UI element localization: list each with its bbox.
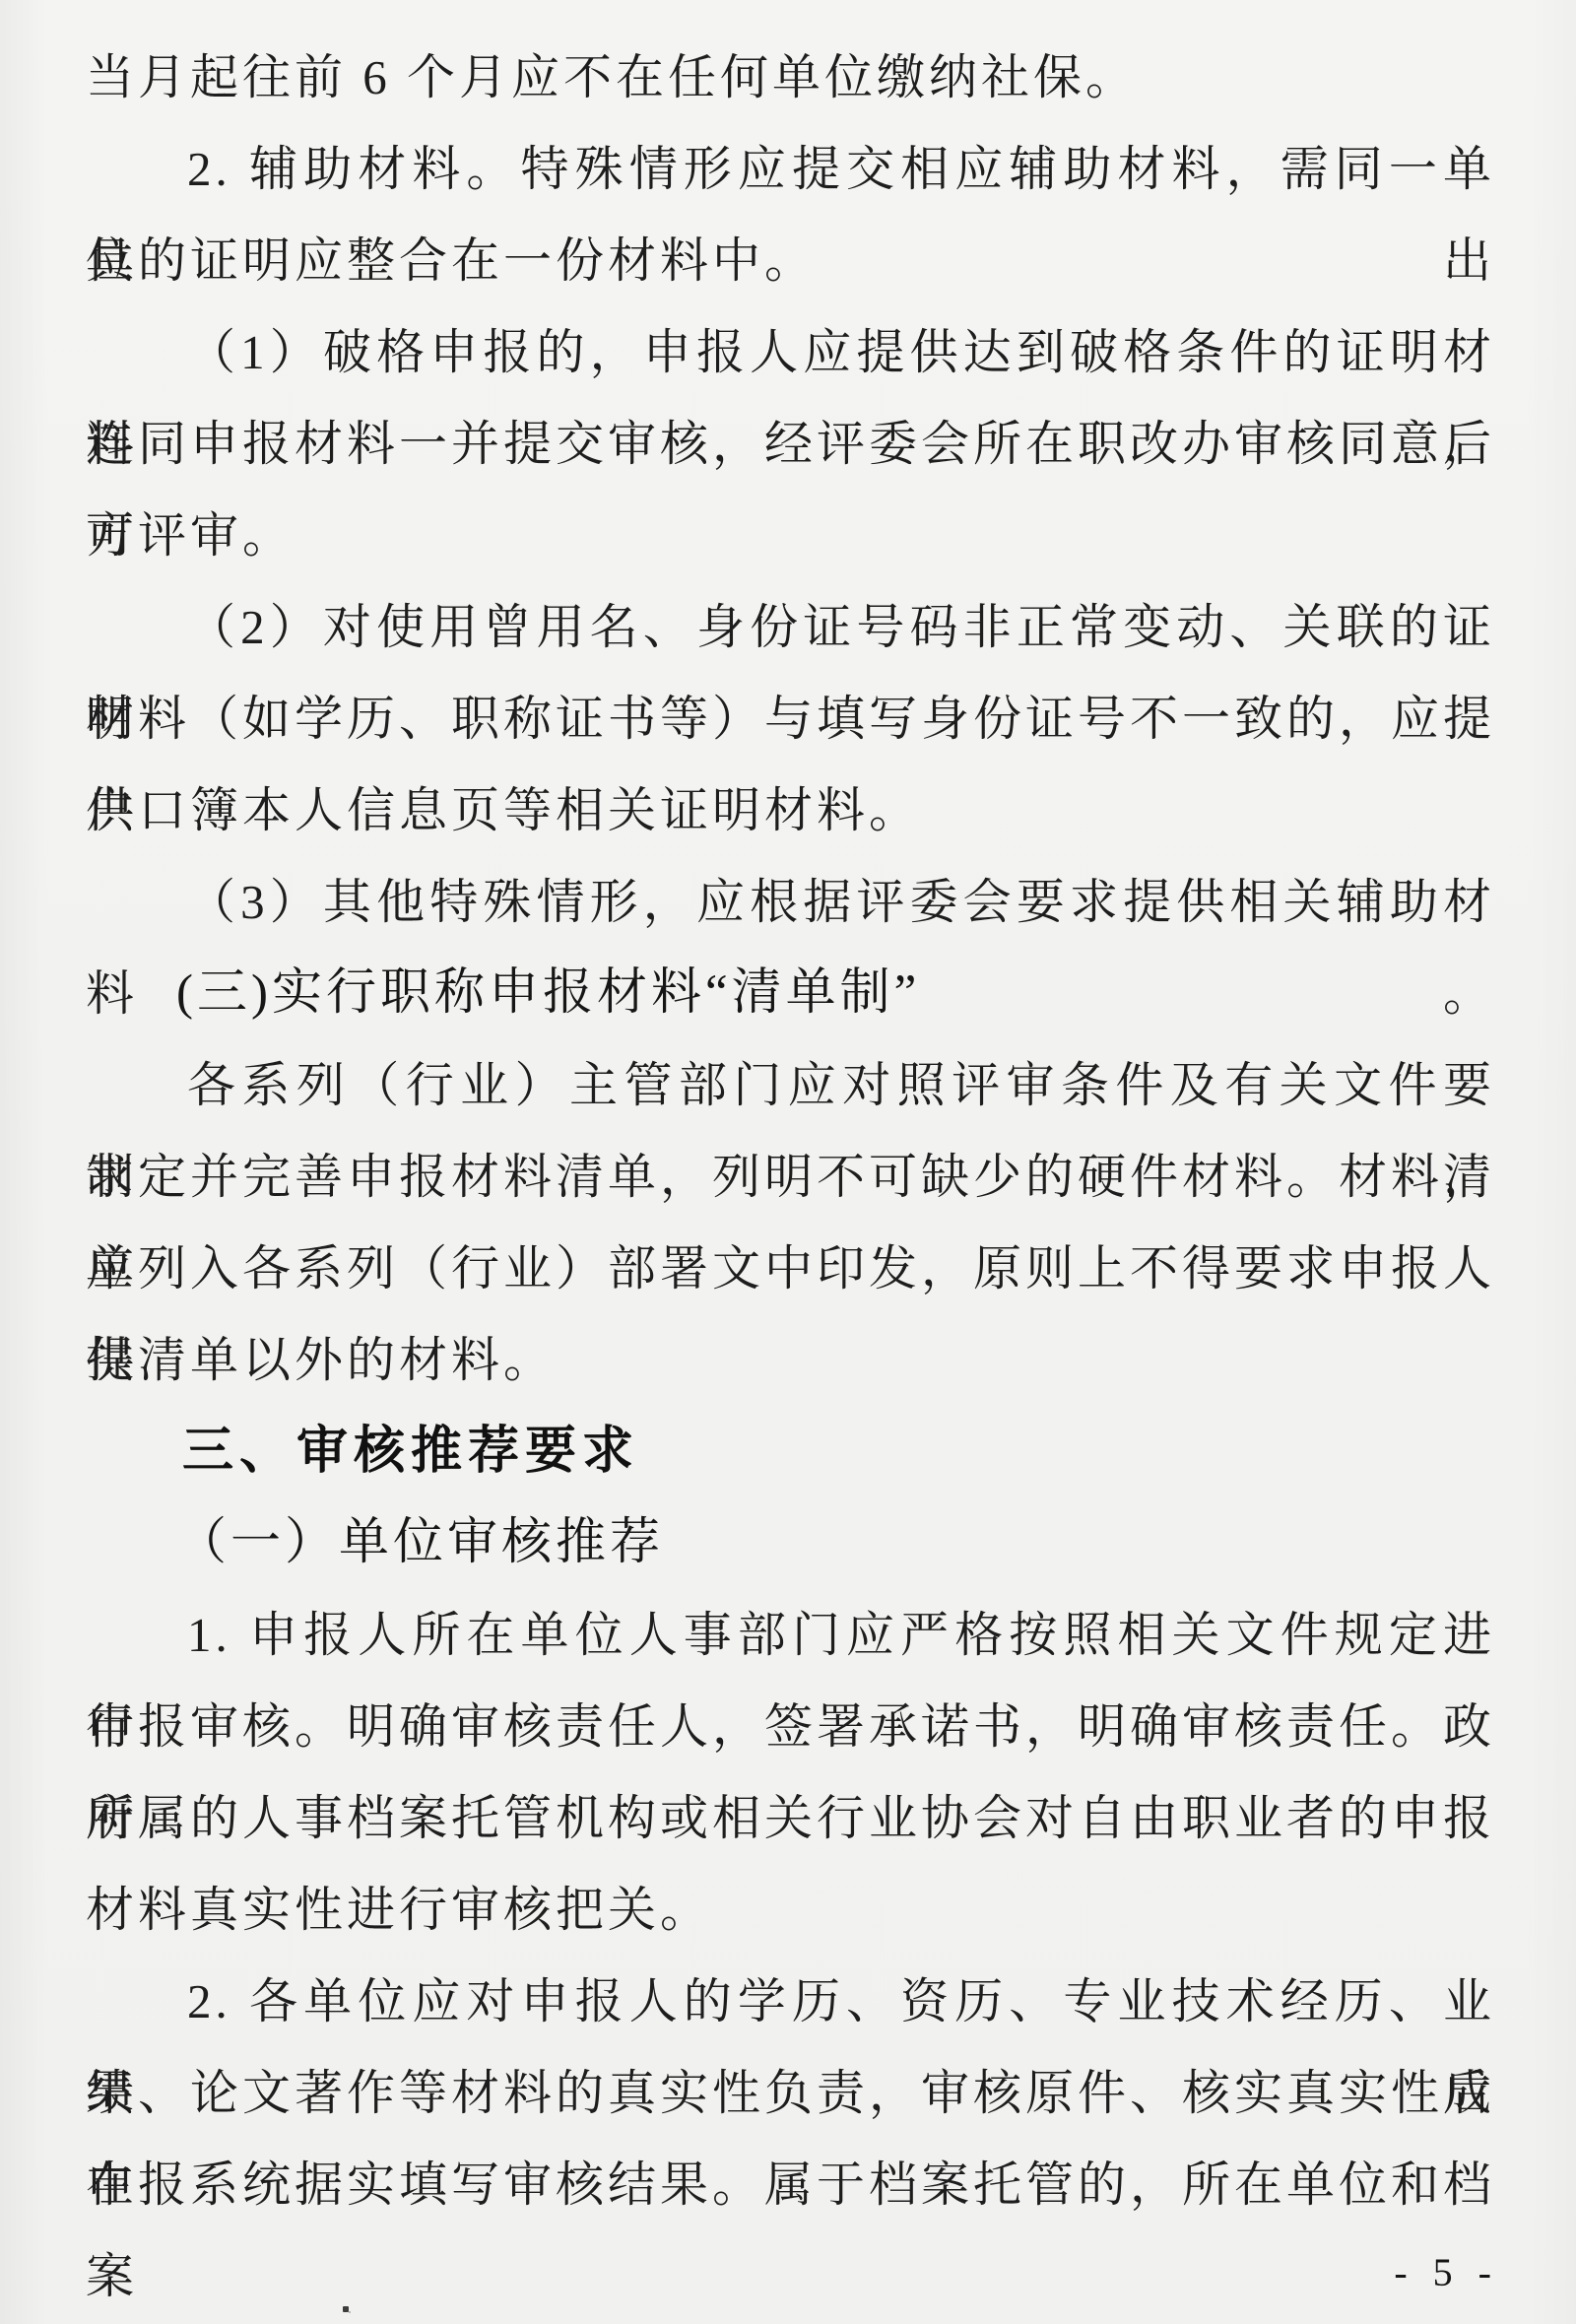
text-line: 所属的人事档案托管机构或相关行业协会对自由职业者的申报 (86, 1772, 1495, 1864)
text-line: （2）对使用曾用名、身份证号码非正常变动、关联的证明 (86, 581, 1495, 673)
text-line: 材料真实性进行审核把关。 (86, 1864, 1495, 1956)
page-number: - 5 - (1394, 2249, 1499, 2295)
text-line: （1）破格申报的，申报人应提供达到破格条件的证明材料， (86, 306, 1495, 398)
text-line: （一）单位审核推荐 (86, 1497, 1495, 1589)
text-line: 各系列（行业）主管部门应对照评审条件及有关文件要求， (86, 1039, 1495, 1131)
text-line: 1. 申报人所在单位人事部门应严格按照相关文件规定进行 (86, 1589, 1495, 1681)
text-line: 应列入各系列（行业）部署文中印发，原则上不得要求申报人提 (86, 1223, 1495, 1314)
text-line: 可评审。 (86, 490, 1495, 581)
text-line: （3）其他特殊情形，应根据评委会要求提供相关辅助材料。 (86, 856, 1495, 948)
text-line: 制定并完善申报材料清单，列明不可缺少的硬件材料。材料清单 (86, 1131, 1495, 1223)
document-body: 当月起往前 6 个月应不在任何单位缴纳社保。2. 辅助材料。特殊情形应提交相应辅… (86, 32, 1495, 2230)
text-line: 户口簿本人信息页等相关证明材料。 (86, 764, 1495, 856)
text-line: 果、论文著作等材料的真实性负责，审核原件、核实真实性后在 (86, 2047, 1495, 2139)
text-line: 供清单以外的材料。 (86, 1314, 1495, 1406)
text-line: 2. 辅助材料。特殊情形应提交相应辅助材料，需同一单位出 (86, 123, 1495, 215)
text-line: 材料（如学历、职称证书等）与填写身份证号不一致的，应提供 (86, 673, 1495, 764)
text-line: 申报系统据实填写审核结果。属于档案托管的，所在单位和档案 (86, 2139, 1495, 2230)
text-line: 连同申报材料一并提交审核，经评委会所在职改办审核同意后方 (86, 398, 1495, 490)
document-page: 当月起往前 6 个月应不在任何单位缴纳社保。2. 辅助材料。特殊情形应提交相应辅… (0, 0, 1576, 2324)
text-line: 申报审核。明确审核责任人，签署承诺书，明确审核责任。政府 (86, 1681, 1495, 1772)
text-line: 2. 各单位应对申报人的学历、资历、专业技术经历、业绩成 (86, 1956, 1495, 2047)
text-line: 当月起往前 6 个月应不在任何单位缴纳社保。 (86, 32, 1495, 123)
scan-ink-speck (343, 2306, 349, 2312)
text-line: 三、审核推荐要求 (86, 1406, 1495, 1497)
